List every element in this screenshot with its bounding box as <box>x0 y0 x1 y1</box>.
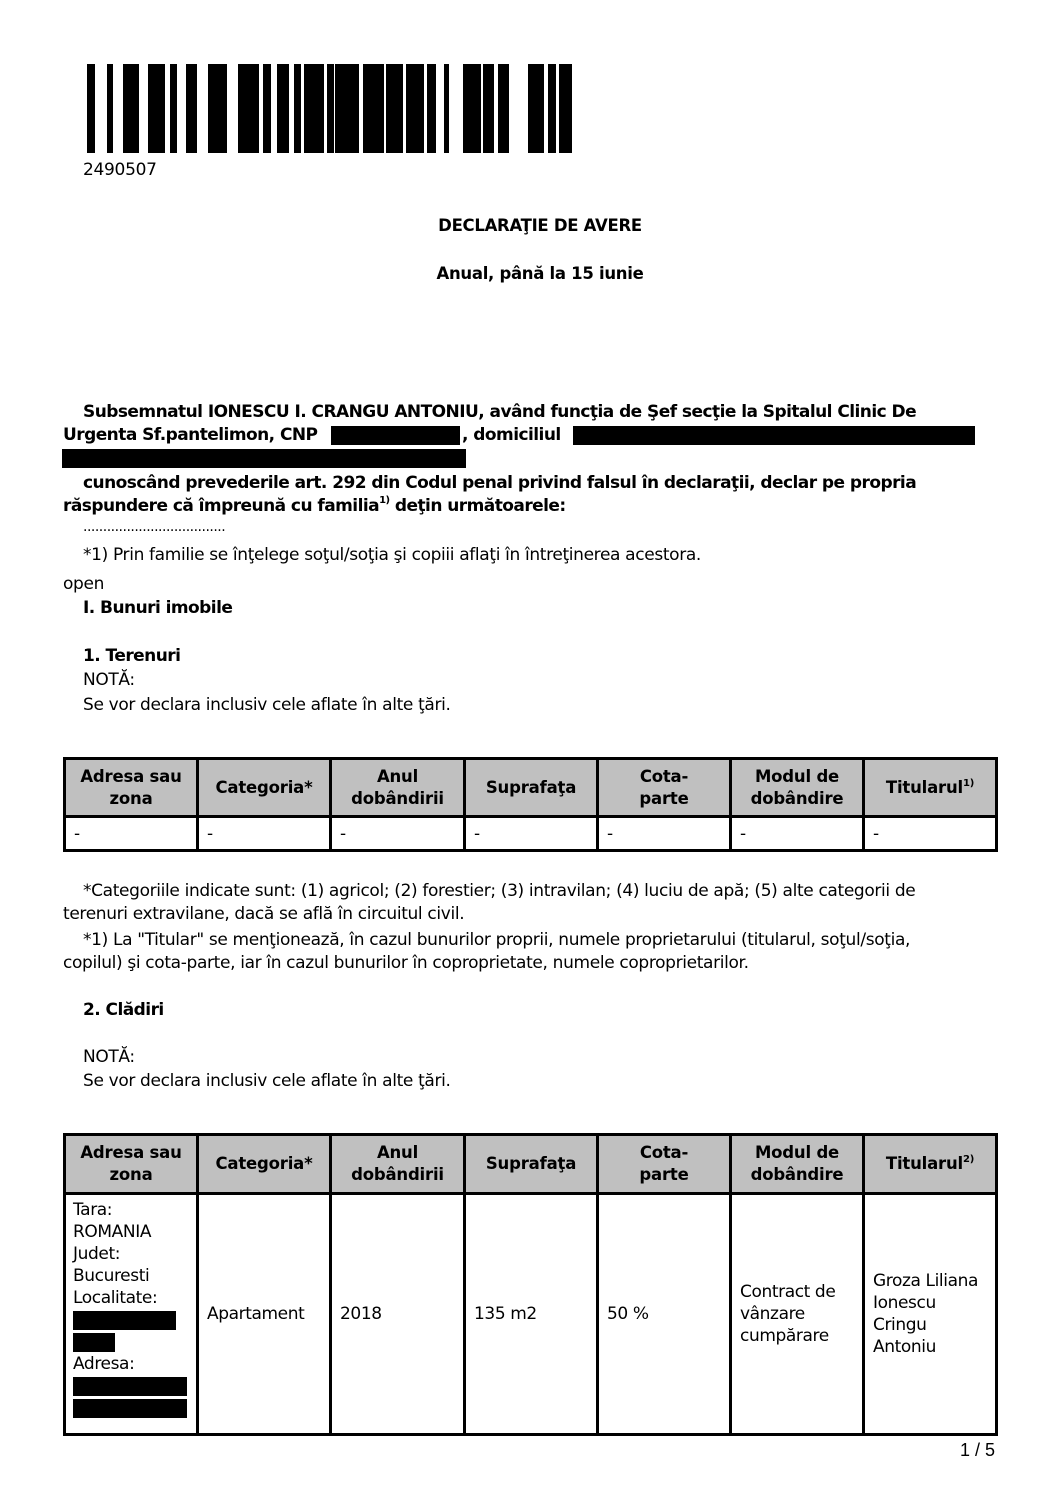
barcode-bar <box>427 64 436 153</box>
barcode-bar <box>498 64 509 153</box>
redacted-localitate <box>73 1311 176 1330</box>
titular-note-line-2: copilul) şi cota-parte, iar în cazul bun… <box>63 952 749 974</box>
cell-cota-parte: 50 % <box>598 1194 731 1435</box>
barcode-bar <box>548 64 556 153</box>
table-cell: - <box>331 817 465 851</box>
column-header: Adresa sauzona <box>65 759 198 817</box>
table-cell: - <box>198 817 331 851</box>
barcode-bar <box>238 64 259 153</box>
barcode-bar <box>263 64 271 153</box>
column-header: Modul dedobândire <box>731 759 864 817</box>
redacted-address-cont <box>73 1399 187 1418</box>
nota-text: Se vor declara inclusiv cele aflate în a… <box>83 694 451 716</box>
page-number: 1 / 5 <box>960 1440 995 1461</box>
barcode-bar <box>208 64 227 153</box>
barcode-bar <box>186 64 197 153</box>
categories-note-line-2: terenuri extravilane, dacă se află în ci… <box>63 903 464 925</box>
column-header: Adresa sauzona <box>65 1135 198 1194</box>
titular-line: Ionescu <box>873 1292 989 1314</box>
column-header: Anuldobândirii <box>331 759 465 817</box>
adresa-label: Adresa: <box>73 1353 190 1375</box>
declaration-line-2a: Urgenta Sf.pantelimon, CNP <box>63 424 317 446</box>
declaration-line-2b: , domiciliul <box>462 424 561 446</box>
table-cell: - <box>598 817 731 851</box>
table-cell: - <box>465 817 598 851</box>
redacted-cnp <box>331 426 460 445</box>
nota-label: NOTĂ: <box>83 1046 135 1068</box>
column-header: Categoria* <box>198 1135 331 1194</box>
titular-note-line-1: *1) La "Titular" se menţionează, în cazu… <box>83 929 910 951</box>
declaration-line-4b: deţin următoarele: <box>390 496 566 516</box>
column-header: Titularul1) <box>864 759 997 817</box>
barcode-bar <box>386 64 403 153</box>
declaration-line-1: Subsemnatul IONESCU I. CRANGU ANTONIU, a… <box>83 401 916 423</box>
declaration-line-3: cunoscând prevederile art. 292 din Codul… <box>83 472 916 494</box>
barcode-bar <box>304 64 324 153</box>
document-title: DECLARAŢIE DE AVERE <box>0 216 1058 235</box>
declaration-line-4a: răspundere că împreună cu familia <box>63 496 379 516</box>
modul-line: Contract de <box>740 1281 856 1303</box>
redacted-localitate-cont <box>73 1333 115 1352</box>
barcode-bar <box>277 64 289 153</box>
column-header: Anuldobândirii <box>331 1135 465 1194</box>
barcode-bar <box>406 64 424 153</box>
localitate-label: Localitate: <box>73 1287 190 1309</box>
barcode-bar <box>87 64 95 153</box>
nota-text: Se vor declara inclusiv cele aflate în a… <box>83 1070 451 1092</box>
cell-anul: 2018 <box>331 1194 465 1435</box>
section-title: I. Bunuri imobile <box>83 597 232 619</box>
nota-label: NOTĂ: <box>83 669 135 691</box>
cell-address: Tara: ROMANIA Judet: Bucuresti Localitat… <box>65 1194 198 1435</box>
judet-label: Judet: <box>73 1243 190 1265</box>
table-header-row: Adresa sauzonaCategoria*AnuldobândiriiSu… <box>65 1135 997 1194</box>
barcode-bar <box>123 64 139 153</box>
cell-titular: Groza Liliana Ionescu Cringu Antoniu <box>864 1194 997 1435</box>
footnote-ref: 1) <box>379 495 389 506</box>
column-header: Suprafaţa <box>465 759 598 817</box>
barcode-bar <box>444 64 449 153</box>
family-footnote: *1) Prin familie se înţelege soţul/soţia… <box>83 544 701 566</box>
cell-suprafata: 135 m2 <box>465 1194 598 1435</box>
barcode-bar <box>294 64 301 153</box>
column-header: Titularul2) <box>864 1135 997 1194</box>
stray-text: open <box>63 573 104 595</box>
tara-value: ROMANIA <box>73 1221 190 1243</box>
barcode-bar <box>148 64 165 153</box>
subsection-title-cladiri: 2. Clădiri <box>83 999 164 1021</box>
categories-note-line-1: *Categoriile indicate sunt: (1) agricol;… <box>83 880 915 902</box>
cell-modul: Contract de vânzare cumpărare <box>731 1194 864 1435</box>
column-header: Cota-parte <box>598 1135 731 1194</box>
document-subtitle: Anual, până la 15 iunie <box>0 264 1058 283</box>
column-header: Modul dedobândire <box>731 1135 864 1194</box>
judet-value: Bucuresti <box>73 1265 190 1287</box>
cladiri-table: Adresa sauzonaCategoria*AnuldobândiriiSu… <box>63 1133 998 1436</box>
barcode-bar <box>170 64 177 153</box>
dotted-line: .................................... <box>83 516 225 538</box>
modul-line: vânzare <box>740 1303 856 1325</box>
table-cell: - <box>864 817 997 851</box>
barcode-bar <box>363 64 384 153</box>
barcode-bar <box>107 64 113 153</box>
tara-label: Tara: <box>73 1199 190 1221</box>
redacted-address <box>73 1377 187 1396</box>
redacted-domicile <box>573 426 975 445</box>
table-cell: - <box>65 817 198 851</box>
declaration-line-4: răspundere că împreună cu familia1) deţi… <box>63 495 566 517</box>
column-header: Cota-parte <box>598 759 731 817</box>
table-row: Tara: ROMANIA Judet: Bucuresti Localitat… <box>65 1194 997 1435</box>
table-cell: - <box>731 817 864 851</box>
table-header-row: Adresa sauzonaCategoria*AnuldobândiriiSu… <box>65 759 997 817</box>
barcode-bar <box>463 64 481 153</box>
subsection-title-terenuri: 1. Terenuri <box>83 645 180 667</box>
barcode-bar <box>528 64 544 153</box>
titular-line: Cringu <box>873 1314 989 1336</box>
titular-line: Groza Liliana <box>873 1270 989 1292</box>
barcode-bar <box>335 64 359 153</box>
cell-categoria: Apartament <box>198 1194 331 1435</box>
modul-line: cumpărare <box>740 1325 856 1347</box>
barcode-bar <box>559 64 572 153</box>
redacted-domicile-cont <box>62 449 466 468</box>
titular-line: Antoniu <box>873 1336 989 1358</box>
barcode-number: 2490507 <box>83 160 157 180</box>
terenuri-table: Adresa sauzonaCategoria*AnuldobândiriiSu… <box>63 757 998 852</box>
table-row: ------- <box>65 817 997 851</box>
column-header: Suprafaţa <box>465 1135 598 1194</box>
barcode <box>0 64 1058 153</box>
barcode-bar <box>483 64 494 153</box>
barcode-bar <box>327 64 334 153</box>
column-header: Categoria* <box>198 759 331 817</box>
